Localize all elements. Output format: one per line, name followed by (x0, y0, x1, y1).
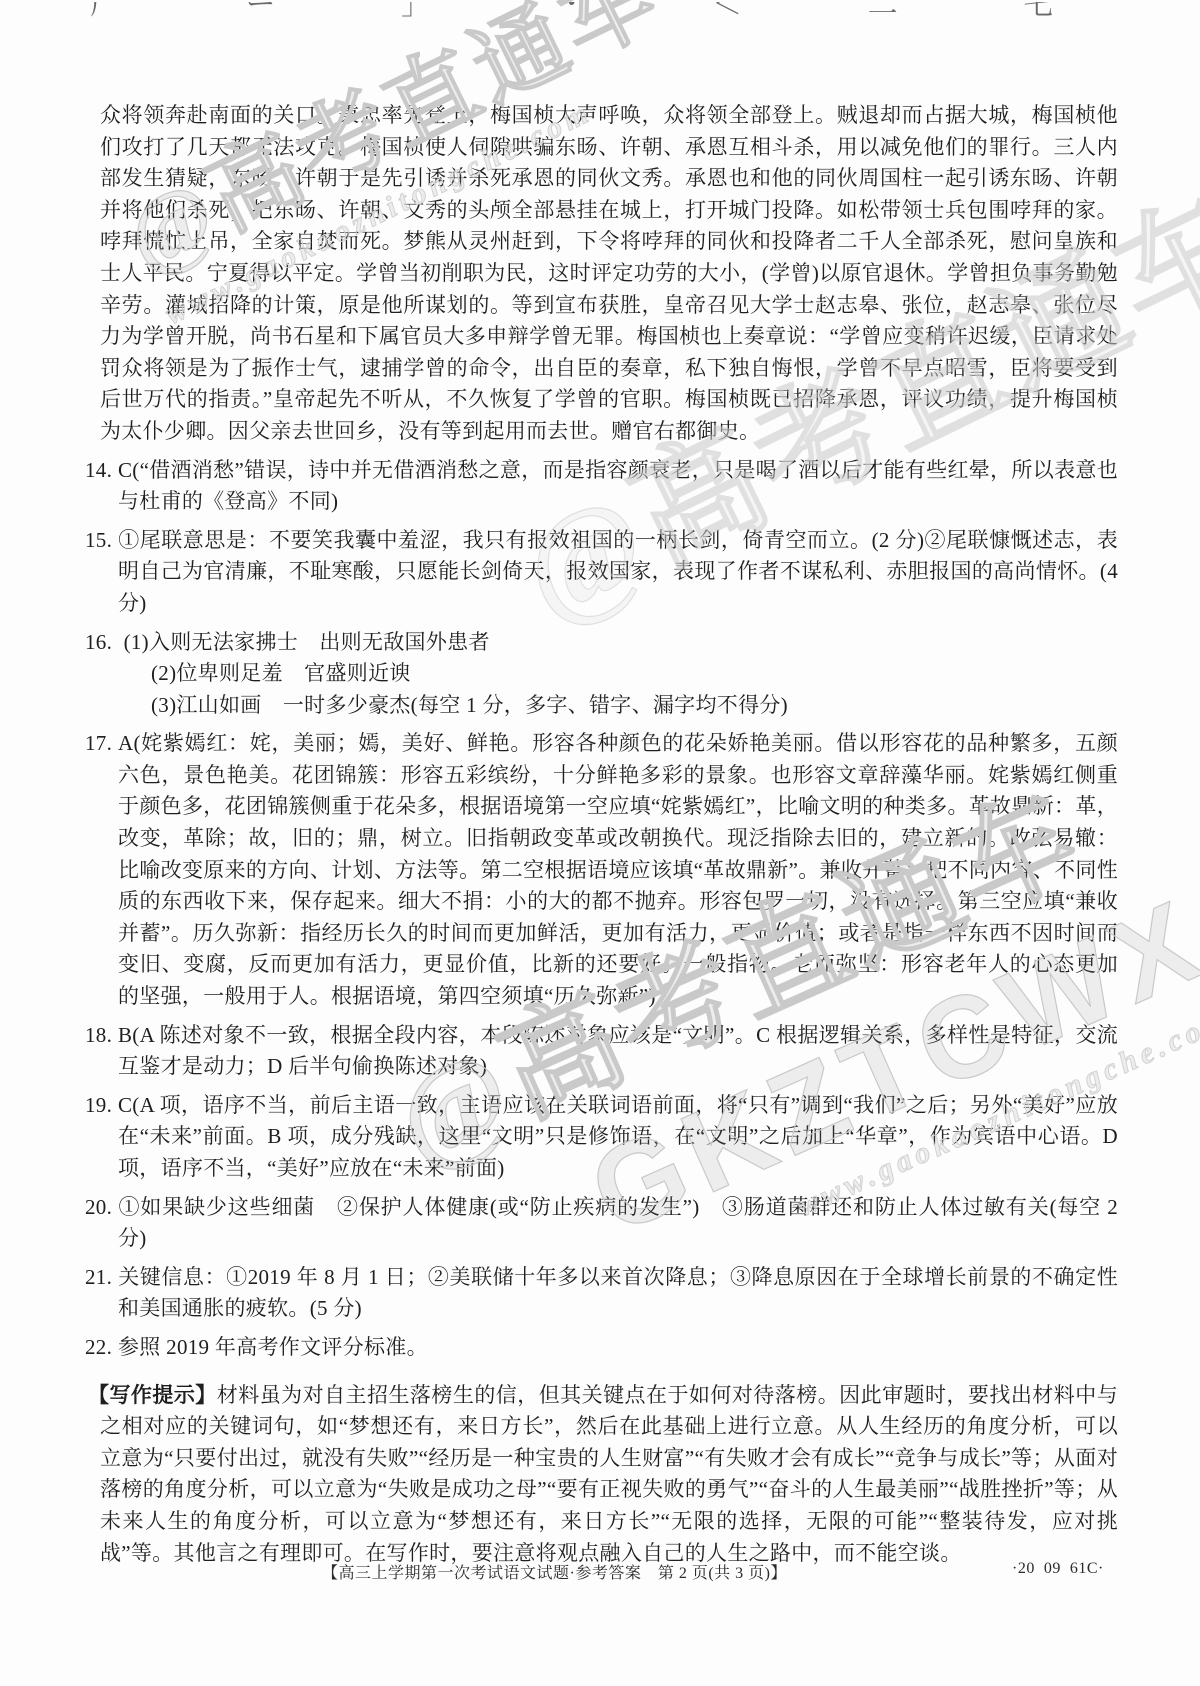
answer-text: ①如果缺少这些细菌 ②保护人体健康(或“防止疾病的发生”) ③肠道菌群还和防止人… (118, 1195, 1118, 1251)
footer-code: ·20 09 61C· (1012, 1560, 1104, 1578)
answer-text: C(“借酒消愁”错误，诗中并无借酒消愁之意，而是指容颜衰老，只是喝了酒以后才能有… (118, 458, 1118, 514)
answer-number: 14. (85, 455, 118, 487)
answer-sheet-content: 众将领奔赴南面的关口。秉忠率先登上，梅国桢大声呼唤，众将领全部登上。贼退却而占据… (85, 100, 1118, 1569)
answer-number: 22. (85, 1332, 118, 1364)
answer-item-20: 20.①如果缺少这些细菌 ②保护人体健康(或“防止疾病的发生”) ③肠道菌群还和… (85, 1192, 1118, 1255)
answer-item-18: 18.B(A 陈述对象不一致，根据全段内容，本段陈述对象应该是“文明”。C 根据… (85, 1020, 1118, 1083)
answer-item-21: 21.关键信息：①2019 年 8 月 1 日；②美联储十年多以来首次降息；③降… (85, 1262, 1118, 1325)
answer-number: 16. (85, 627, 118, 659)
answer-item-15: 15.①尾联意思是：不要笑我囊中羞涩，我只有报效祖国的一柄长剑，倚青空而立。(2… (85, 525, 1118, 620)
answer-number: 20. (85, 1192, 118, 1224)
answer-text: 参照 2019 年高考作文评分标准。 (118, 1335, 428, 1359)
answer-number: 18. (85, 1020, 118, 1052)
answer-16-line-3: (3)江山如画 一时多少豪杰(每空 1 分，多字、错字、漏字均不得分) (118, 693, 788, 717)
answer-item-19: 19.C(A 项，语序不当，前后主语一致，主语应该在关联词语前面，将“只有”调到… (85, 1090, 1118, 1185)
answer-text: C(A 项，语序不当，前后主语一致，主语应该在关联词语前面，将“只有”调到“我们… (118, 1093, 1118, 1180)
answer-16-line-2: (2)位卑则足羞 官盛则近谀 (118, 661, 411, 685)
answer-text: B(A 陈述对象不一致，根据全段内容，本段陈述对象应该是“文明”。C 根据逻辑关… (118, 1023, 1118, 1079)
writing-tip-paragraph: 【写作提示】材料虽为对自主招生落榜生的信，但其关键点在于如何对待落榜。因此审题时… (100, 1380, 1118, 1570)
writing-tip-text: 材料虽为对自主招生落榜生的信，但其关键点在于如何对待落榜。因此审题时，要找出材料… (100, 1383, 1118, 1565)
scan-artifact-marks: 厂 ー 」 ・ ＜ 二 乇 ㄥ 〒 ﹃ ⌐ ｜ (90, 2, 1130, 23)
answer-item-14: 14.C(“借酒消愁”错误，诗中并无借酒消愁之意，而是指容颜衰老，只是喝了酒以后… (85, 455, 1118, 518)
answer-text: A(姹紫嫣红：姹，美丽；嫣，美好、鲜艳。形容各种颜色的花朵娇艳美丽。借以形容花的… (118, 731, 1118, 1008)
answer-number: 17. (85, 728, 118, 760)
answer-text: ①尾联意思是：不要笑我囊中羞涩，我只有报效祖国的一柄长剑，倚青空而立。(2 分)… (118, 528, 1118, 615)
answer-16-line-1: (1)入则无法家拂士 出则无敌国外患者 (124, 630, 490, 654)
answer-item-16: 16. (1)入则无法家拂士 出则无敌国外患者 (2)位卑则足羞 官盛则近谀 (… (85, 627, 1118, 722)
answer-item-22: 22.参照 2019 年高考作文评分标准。 (85, 1332, 1118, 1364)
answer-number: 21. (85, 1262, 118, 1294)
answer-number: 19. (85, 1090, 118, 1122)
writing-tip-label: 【写作提示】 (88, 1384, 217, 1407)
translation-paragraph: 众将领奔赴南面的关口。秉忠率先登上，梅国桢大声呼唤，众将领全部登上。贼退却而占据… (100, 100, 1118, 448)
scan-artifact-strip: 厂 ー 」 ・ ＜ 二 乇 ㄥ 〒 ﹃ ⌐ ｜ (90, 2, 1130, 32)
page-footer: 【高三上学期第一次考试语文试题·参考答案 第 2 页(共 3 页)】 ·20 0… (0, 1560, 1200, 1590)
answer-item-17: 17.A(姹紫嫣红：姹，美丽；嫣，美好、鲜艳。形容各种颜色的花朵娇艳美丽。借以形… (85, 728, 1118, 1012)
answer-text: 关键信息：①2019 年 8 月 1 日；②美联储十年多以来首次降息；③降息原因… (118, 1265, 1118, 1321)
footer-title-page-info: 【高三上学期第一次考试语文试题·参考答案 第 2 页(共 3 页)】 (322, 1560, 787, 1583)
answer-number: 15. (85, 525, 118, 557)
scanned-exam-answer-page: 厂 ー 」 ・ ＜ 二 乇 ㄥ 〒 ﹃ ⌐ ｜ @高考直通车 www.gaoka… (0, 0, 1200, 1686)
